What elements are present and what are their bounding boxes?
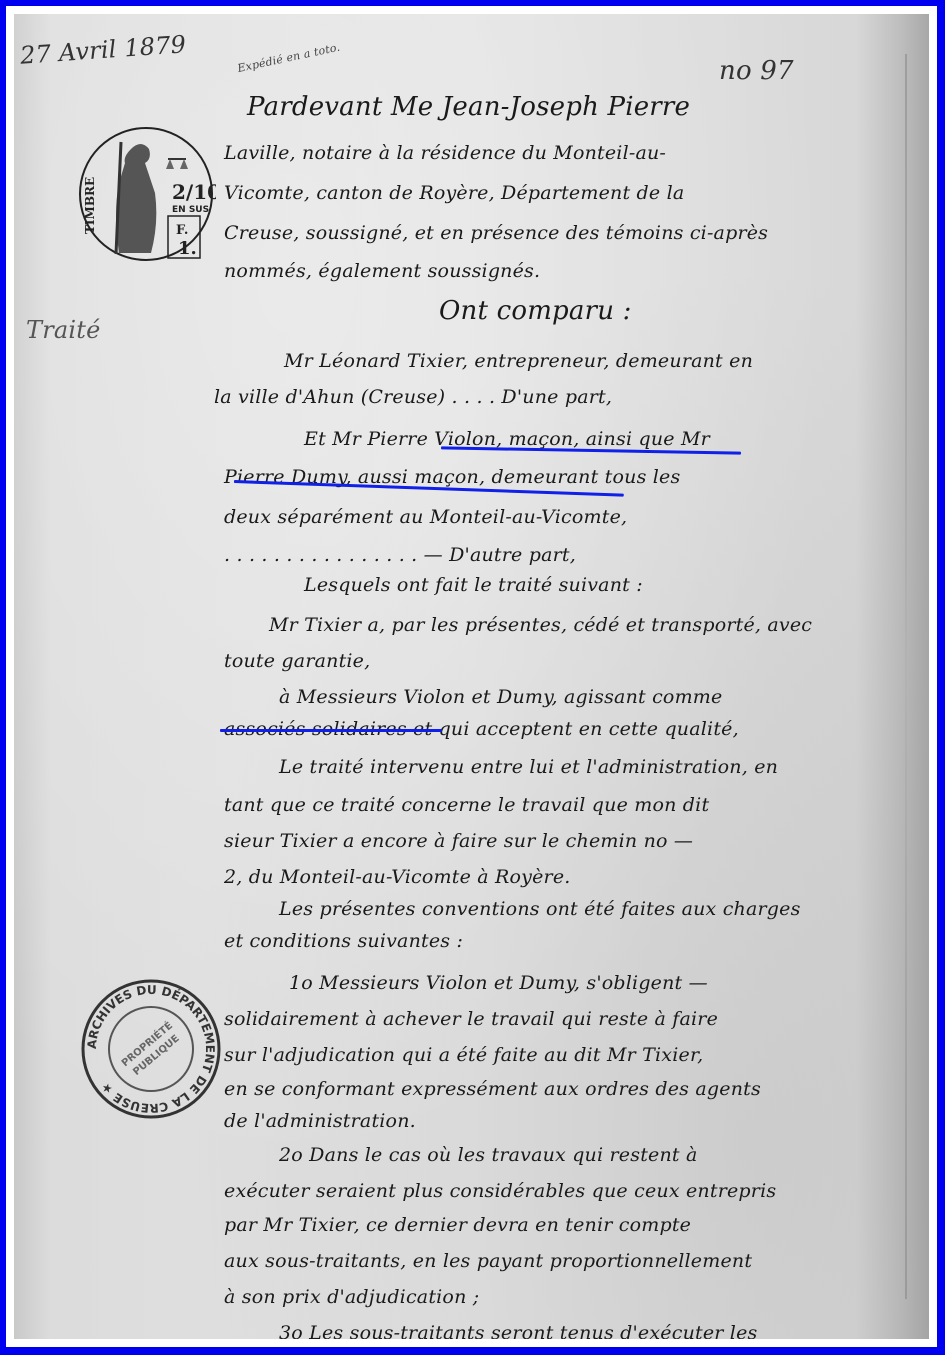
- seal-icon: ARCHIVES DU DÉPARTEMENT DE LA CREUSE ★ P…: [76, 974, 226, 1124]
- tax-stamp: 2/10 EN SUS F. 1. TIMBRE: [76, 124, 216, 264]
- svg-text:TIMBRE: TIMBRE: [83, 177, 97, 234]
- text-line: 1o Messieurs Violon et Dumy, s'obligent …: [289, 972, 708, 994]
- text-line: Les présentes conventions ont été faites…: [279, 898, 801, 920]
- text-line: nommés, également soussignés.: [224, 260, 540, 282]
- text-line: 2o Dans le cas où les travaux qui resten…: [279, 1144, 698, 1166]
- text-line: exécuter seraient plus considérables que…: [224, 1180, 776, 1202]
- photo-frame: 27 Avril 1879 Expédié en a toto. no 97 T…: [6, 6, 937, 1347]
- text-line: Le traité intervenu entre lui et l'admin…: [279, 756, 778, 778]
- page-edge-shadow: [905, 54, 907, 1299]
- text-line: Laville, notaire à la résidence du Monte…: [224, 142, 666, 164]
- text-line: 3o Les sous-traitants seront tenus d'exé…: [279, 1322, 757, 1339]
- text-line: . . . . . . . . . . . . . . . . — D'autr…: [224, 544, 576, 566]
- text-line: Mr Léonard Tixier, entrepreneur, demeura…: [284, 350, 753, 372]
- highlight-underline-associes: [220, 729, 442, 732]
- archive-seal: ARCHIVES DU DÉPARTEMENT DE LA CREUSE ★ P…: [76, 974, 226, 1124]
- svg-text:1.: 1.: [178, 238, 197, 259]
- section-heading: Ont comparu :: [439, 296, 632, 326]
- text-line: à son prix d'adjudication ;: [224, 1286, 479, 1308]
- svg-text:F.: F.: [176, 223, 188, 238]
- margin-label-traite: Traité: [26, 316, 101, 344]
- text-line: par Mr Tixier, ce dernier devra en tenir…: [224, 1214, 691, 1236]
- margin-note-top: Expédié en a toto.: [236, 41, 341, 75]
- text-line: Pardevant Me Jean-Joseph Pierre: [247, 92, 690, 122]
- text-line: et conditions suivantes :: [224, 930, 463, 952]
- text-line: 2, du Monteil-au-Vicomte à Royère.: [224, 866, 571, 888]
- text-line: sur l'adjudication qui a été faite au di…: [224, 1044, 703, 1066]
- justice-figure-icon: 2/10 EN SUS F. 1. TIMBRE: [76, 124, 216, 264]
- text-line: sieur Tixier a encore à faire sur le che…: [224, 830, 693, 852]
- reference-number: no 97: [719, 56, 794, 86]
- manuscript-page: 27 Avril 1879 Expédié en a toto. no 97 T…: [14, 14, 929, 1339]
- text-line: solidairement à achever le travail qui r…: [224, 1008, 718, 1030]
- text-line: Mr Tixier a, par les présentes, cédé et …: [269, 614, 812, 636]
- text-line: aux sous-traitants, en les payant propor…: [224, 1250, 752, 1272]
- text-line: en se conformant expressément aux ordres…: [224, 1078, 761, 1100]
- text-line: Creuse, soussigné, et en présence des té…: [224, 222, 768, 244]
- text-line: la ville d'Ahun (Creuse) . . . . D'une p…: [214, 386, 612, 408]
- text-line: Lesquels ont fait le traité suivant :: [304, 574, 643, 596]
- text-line: tant que ce traité concerne le travail q…: [224, 794, 709, 816]
- text-line: à Messieurs Violon et Dumy, agissant com…: [279, 686, 722, 708]
- svg-text:2/10: 2/10: [172, 180, 216, 204]
- text-line: de l'administration.: [224, 1110, 416, 1132]
- text-line: deux séparément au Monteil-au-Vicomte,: [224, 506, 627, 528]
- text-line: Vicomte, canton de Royère, Département d…: [224, 182, 684, 204]
- margin-date: 27 Avril 1879: [19, 30, 187, 70]
- svg-text:EN SUS: EN SUS: [172, 205, 209, 215]
- text-line: toute garantie,: [224, 650, 370, 672]
